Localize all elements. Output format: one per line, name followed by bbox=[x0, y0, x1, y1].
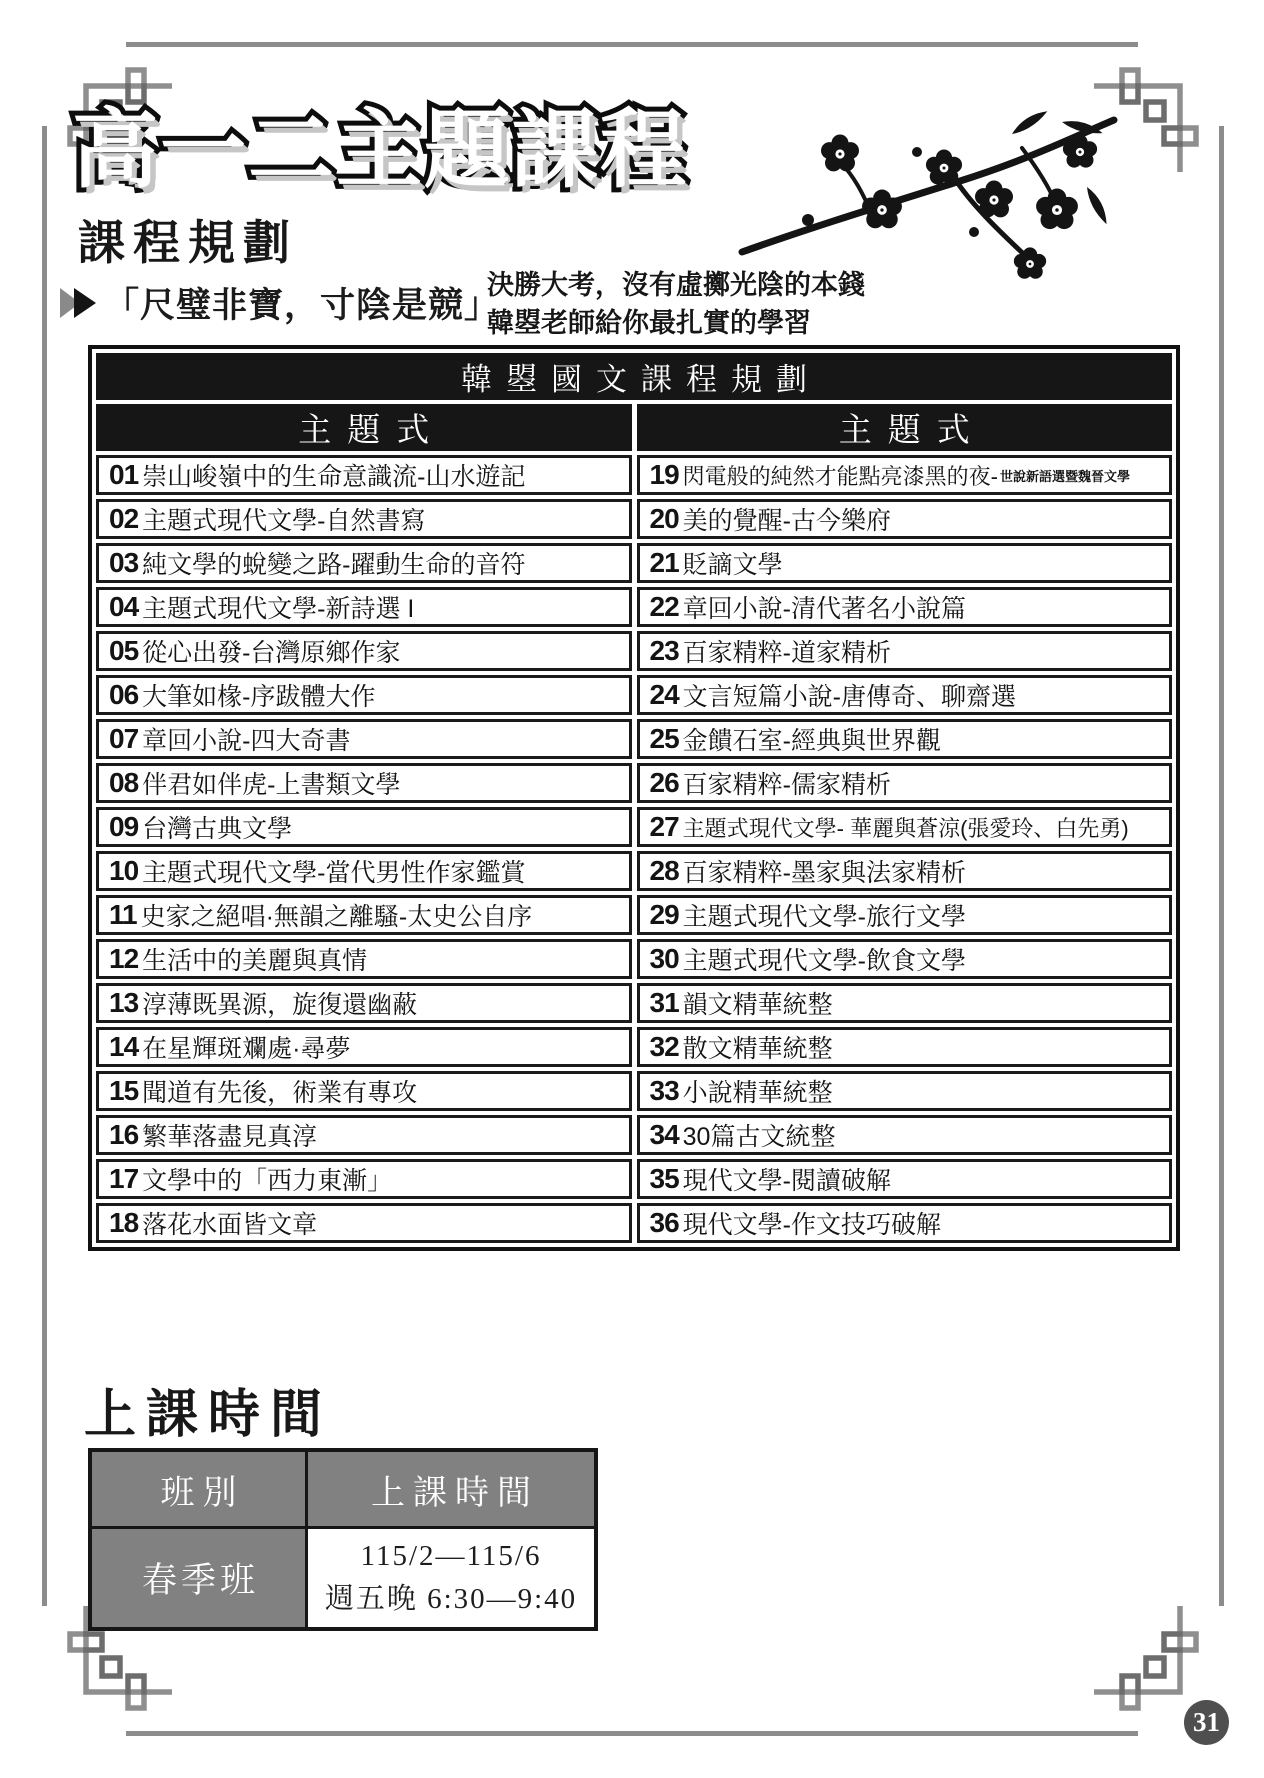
course-row: 19 閃電般的純然才能點亮漆黑的夜- 世說新語選暨魏晉文學 bbox=[637, 455, 1173, 495]
course-title: 章回小說-四大奇書 bbox=[142, 721, 350, 757]
course-title: 台灣古典文學 bbox=[142, 809, 292, 845]
course-grid: 01 崇山峻嶺中的生命意識流-山水遊記 19 閃電般的純然才能點亮漆黑的夜- 世… bbox=[96, 455, 1172, 1243]
course-title: 文學中的「西力東漸」 bbox=[142, 1161, 392, 1197]
course-number: 31 bbox=[650, 987, 679, 1019]
course-number: 15 bbox=[109, 1075, 138, 1107]
course-row: 09 台灣古典文學 bbox=[96, 807, 632, 847]
course-number: 11 bbox=[109, 899, 137, 931]
course-row: 01 崇山峻嶺中的生命意識流-山水遊記 bbox=[96, 455, 632, 495]
course-row: 35 現代文學-閱讀破解 bbox=[637, 1159, 1173, 1199]
course-number: 27 bbox=[650, 811, 679, 843]
schedule-class-name: 春季班 bbox=[92, 1529, 305, 1627]
schedule-heading: 上課時間 bbox=[84, 1372, 332, 1447]
course-number: 25 bbox=[650, 723, 679, 755]
course-number: 26 bbox=[650, 767, 679, 799]
quote-row: 「尺璧非寶，寸陰是競」 bbox=[60, 278, 500, 328]
schedule-time-line-2: 週五晚 6:30—9:40 bbox=[325, 1578, 577, 1621]
frame-edge-top bbox=[126, 42, 1138, 47]
course-number: 09 bbox=[109, 811, 138, 843]
course-row: 12 生活中的美麗與真情 bbox=[96, 939, 632, 979]
schedule-col-time: 上課時間 bbox=[308, 1452, 594, 1526]
course-number: 18 bbox=[109, 1207, 138, 1239]
column-header-right: 主題式 bbox=[637, 404, 1173, 451]
course-title: 金饋石室-經典與世界觀 bbox=[683, 721, 941, 757]
course-number: 14 bbox=[109, 1031, 138, 1063]
course-title: 百家精粹-墨家與法家精析 bbox=[683, 853, 966, 889]
brochure-page: 高一二主題課程 課程規 bbox=[0, 0, 1264, 1778]
course-number: 33 bbox=[650, 1075, 679, 1107]
page-number: 31 bbox=[1193, 1707, 1220, 1738]
course-number: 29 bbox=[650, 899, 679, 931]
frame-edge-bottom bbox=[126, 1731, 1138, 1736]
course-row: 30 主題式現代文學-飲食文學 bbox=[637, 939, 1173, 979]
course-row: 24 文言短篇小說-唐傳奇、聊齋選 bbox=[637, 675, 1173, 715]
frame-edge-left bbox=[42, 126, 47, 1606]
course-table: 韓曌國文課程規劃 主題式 主題式 01 崇山峻嶺中的生命意識流-山水遊記 19 … bbox=[88, 345, 1180, 1251]
course-row: 21 貶謫文學 bbox=[637, 543, 1173, 583]
course-row: 03 純文學的蛻變之路-躍動生命的音符 bbox=[96, 543, 632, 583]
course-number: 16 bbox=[109, 1119, 138, 1151]
course-row: 11 史家之絕唱·無韻之離騷-太史公自序 bbox=[96, 895, 632, 935]
page-number-badge: 31 bbox=[1184, 1700, 1229, 1745]
schedule-time-cell: 115/2—115/6 週五晚 6:30—9:40 bbox=[308, 1529, 594, 1627]
course-row: 06 大筆如椽-序跋體大作 bbox=[96, 675, 632, 715]
course-row: 07 章回小說-四大奇書 bbox=[96, 719, 632, 759]
course-note: 世說新語選暨魏晉文學 bbox=[1000, 466, 1130, 485]
course-title: 百家精粹-道家精析 bbox=[683, 633, 891, 669]
course-row: 05 從心出發-台灣原鄉作家 bbox=[96, 631, 632, 671]
course-title: 從心出發-台灣原鄉作家 bbox=[142, 633, 400, 669]
schedule-col-class: 班別 bbox=[92, 1452, 305, 1526]
course-row: 10 主題式現代文學-當代男性作家鑑賞 bbox=[96, 851, 632, 891]
course-title: 生活中的美麗與真情 bbox=[142, 941, 367, 977]
course-table-title: 韓曌國文課程規劃 bbox=[96, 353, 1172, 400]
slogan-line-2: 韓曌老師給你最扎實的學習 bbox=[487, 304, 865, 342]
course-title: 閃電般的純然才能點亮漆黑的夜- bbox=[683, 460, 998, 491]
course-number: 13 bbox=[109, 987, 138, 1019]
course-title: 散文精華統整 bbox=[683, 1029, 833, 1065]
course-table-headers: 主題式 主題式 bbox=[96, 404, 1172, 451]
course-title: 章回小說-清代著名小說篇 bbox=[683, 589, 966, 625]
course-title: 主題式現代文學-自然書寫 bbox=[142, 501, 425, 537]
course-number: 24 bbox=[650, 679, 679, 711]
course-number: 21 bbox=[650, 547, 679, 579]
course-row: 15 聞道有先後，術業有專攻 bbox=[96, 1071, 632, 1111]
course-row: 22 章回小說-清代著名小說篇 bbox=[637, 587, 1173, 627]
course-row: 36 現代文學-作文技巧破解 bbox=[637, 1203, 1173, 1243]
quote-text: 「尺璧非寶，寸陰是競」 bbox=[104, 278, 500, 328]
course-row: 04 主題式現代文學-新詩選 I bbox=[96, 587, 632, 627]
course-number: 34 bbox=[650, 1119, 679, 1151]
course-title: 繁華落盡見真淳 bbox=[142, 1117, 317, 1153]
course-row: 33 小說精華統整 bbox=[637, 1071, 1173, 1111]
course-number: 28 bbox=[650, 855, 679, 887]
course-title: 主題式現代文學-當代男性作家鑑賞 bbox=[142, 853, 525, 889]
course-row: 31 韻文精華統整 bbox=[637, 983, 1173, 1023]
course-title: 主題式現代文學-旅行文學 bbox=[683, 897, 966, 933]
course-number: 07 bbox=[109, 723, 138, 755]
course-title: 伴君如伴虎-上書類文學 bbox=[142, 765, 400, 801]
schedule-table: 班別 上課時間 春季班 115/2—115/6 週五晚 6:30—9:40 bbox=[88, 1448, 598, 1631]
page-title: 高一二主題課程 bbox=[72, 80, 688, 204]
course-title: 現代文學-作文技巧破解 bbox=[683, 1205, 941, 1241]
course-row: 16 繁華落盡見真淳 bbox=[96, 1115, 632, 1155]
course-number: 04 bbox=[109, 591, 138, 623]
course-row: 20 美的覺醒-古今樂府 bbox=[637, 499, 1173, 539]
course-row: 26 百家精粹-儒家精析 bbox=[637, 763, 1173, 803]
course-number: 10 bbox=[109, 855, 138, 887]
course-title: 30篇古文統整 bbox=[683, 1117, 836, 1153]
course-number: 06 bbox=[109, 679, 138, 711]
course-number: 05 bbox=[109, 635, 138, 667]
course-title: 大筆如椽-序跋體大作 bbox=[142, 677, 375, 713]
course-number: 12 bbox=[109, 943, 138, 975]
course-number: 01 bbox=[109, 459, 138, 491]
slogan-line-1: 決勝大考，沒有虛擲光陰的本錢 bbox=[487, 266, 865, 304]
course-title: 純文學的蛻變之路-躍動生命的音符 bbox=[142, 545, 525, 581]
course-row: 18 落花水面皆文章 bbox=[96, 1203, 632, 1243]
course-number: 22 bbox=[650, 591, 679, 623]
course-number: 08 bbox=[109, 767, 138, 799]
course-row: 17 文學中的「西力東漸」 bbox=[96, 1159, 632, 1199]
course-number: 23 bbox=[650, 635, 679, 667]
course-number: 17 bbox=[109, 1163, 138, 1195]
course-row: 13 淳薄既異源，旋復還幽蔽 bbox=[96, 983, 632, 1023]
course-title: 主題式現代文學-新詩選 I bbox=[142, 589, 414, 625]
schedule-time-line-1: 115/2—115/6 bbox=[361, 1535, 542, 1578]
course-title: 小說精華統整 bbox=[683, 1073, 833, 1109]
course-number: 35 bbox=[650, 1163, 679, 1195]
column-header-left: 主題式 bbox=[96, 404, 632, 451]
course-title: 百家精粹-儒家精析 bbox=[683, 765, 891, 801]
course-number: 36 bbox=[650, 1207, 679, 1239]
course-row: 14 在星輝斑斕處·尋夢 bbox=[96, 1027, 632, 1067]
course-row: 08 伴君如伴虎-上書類文學 bbox=[96, 763, 632, 803]
course-number: 32 bbox=[650, 1031, 679, 1063]
course-title: 聞道有先後，術業有專攻 bbox=[142, 1073, 417, 1109]
course-title: 主題式現代文學-飲食文學 bbox=[683, 941, 966, 977]
course-row: 02 主題式現代文學-自然書寫 bbox=[96, 499, 632, 539]
course-title: 崇山峻嶺中的生命意識流-山水遊記 bbox=[142, 457, 525, 493]
course-title: 落花水面皆文章 bbox=[142, 1205, 317, 1241]
course-row: 32 散文精華統整 bbox=[637, 1027, 1173, 1067]
course-title: 文言短篇小說-唐傳奇、聊齋選 bbox=[683, 677, 1016, 713]
arrow-right-black-icon bbox=[74, 288, 96, 318]
section-heading: 課程規劃 bbox=[78, 206, 298, 273]
frame-edge-right bbox=[1219, 126, 1224, 1606]
course-title: 淳薄既異源，旋復還幽蔽 bbox=[142, 985, 417, 1021]
course-title: 主題式現代文學- 華麗與蒼涼(張愛玲、白先勇) bbox=[683, 812, 1129, 843]
course-number: 03 bbox=[109, 547, 138, 579]
course-row: 28 百家精粹-墨家與法家精析 bbox=[637, 851, 1173, 891]
course-number: 30 bbox=[650, 943, 679, 975]
course-title: 現代文學-閱讀破解 bbox=[683, 1161, 891, 1197]
course-number: 20 bbox=[650, 503, 679, 535]
course-title: 在星輝斑斕處·尋夢 bbox=[142, 1029, 350, 1065]
course-number: 19 bbox=[650, 459, 679, 491]
course-title: 美的覺醒-古今樂府 bbox=[683, 501, 891, 537]
course-title: 韻文精華統整 bbox=[683, 985, 833, 1021]
slogan: 決勝大考，沒有虛擲光陰的本錢 韓曌老師給你最扎實的學習 bbox=[487, 266, 865, 342]
course-number: 02 bbox=[109, 503, 138, 535]
course-row: 25 金饋石室-經典與世界觀 bbox=[637, 719, 1173, 759]
course-title: 貶謫文學 bbox=[683, 545, 783, 581]
course-row: 23 百家精粹-道家精析 bbox=[637, 631, 1173, 671]
course-row: 34 30篇古文統整 bbox=[637, 1115, 1173, 1155]
course-row: 27 主題式現代文學- 華麗與蒼涼(張愛玲、白先勇) bbox=[637, 807, 1173, 847]
course-title: 史家之絕唱·無韻之離騷-太史公自序 bbox=[141, 897, 533, 933]
course-row: 29 主題式現代文學-旅行文學 bbox=[637, 895, 1173, 935]
